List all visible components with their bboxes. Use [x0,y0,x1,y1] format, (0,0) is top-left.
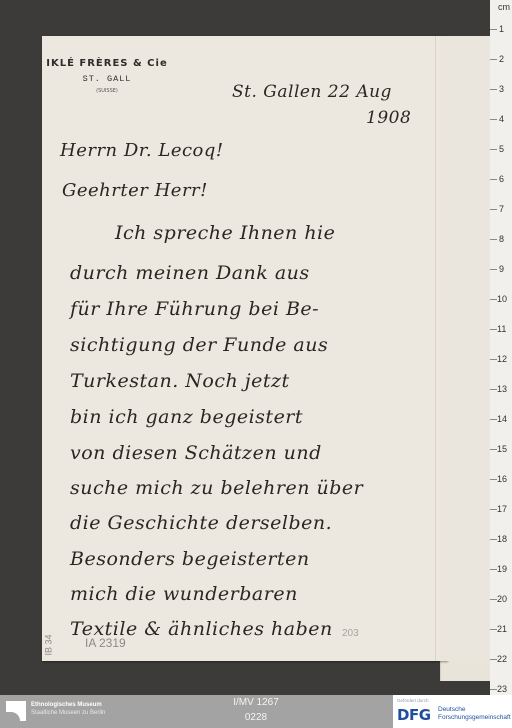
ruler-mark: 10 [497,294,507,304]
ruler-mark: 3 [499,84,504,94]
pencil-page-number: 203 [342,628,359,639]
cm-ruler: cm 1 2 3 4 5 6 7 8 9 10 11 12 13 14 15 1… [490,0,512,695]
place-date: St. Gallen 22 Aug [232,82,392,102]
dfg-name-line1: Deutsche [438,706,465,713]
ruler-mark: 6 [499,174,504,184]
ruler-unit: cm [498,2,510,12]
body-line-1: Ich spreche Ihnen hie [115,222,335,244]
ruler-mark: 21 [497,624,507,634]
body-line-4: sichtigung der Funde aus [70,334,328,356]
ruler-mark: 5 [499,144,504,154]
paper-fold [435,36,436,661]
letterhead-country: (SUISSE) [42,88,172,94]
ruler-mark: 4 [499,114,504,124]
ruler-mark: 2 [499,54,504,64]
letterhead: IKLÉ FRÈRES & Cie ST. GALL (SUISSE) [42,58,172,94]
ruler-mark: 18 [497,534,507,544]
dfg-logo-icon: DFG [397,706,431,724]
ruler-mark: 17 [497,504,507,514]
body-line-11: mich die wunderbaren [70,583,298,605]
body-line-9: die Geschichte derselben. [70,512,332,534]
salutation-recipient: Herrn Dr. Lecoq! [60,140,224,161]
body-line-7: von diesen Schätzen und [70,442,322,464]
dfg-name-line2: Forschungsgemeinschaft [438,714,511,721]
ruler-mark: 13 [497,384,507,394]
letterhead-city: ST. GALL [42,74,172,84]
ruler-mark: 16 [497,474,507,484]
letterhead-company: IKLÉ FRÈRES & Cie [42,58,172,69]
ruler-mark: 1 [499,24,504,34]
ruler-mark: 19 [497,564,507,574]
funding-label: Gefördert durch [397,698,429,703]
pencil-side-note: IB 34 [44,634,54,655]
ruler-mark: 22 [497,654,507,664]
body-line-3: für Ihre Führung bei Be- [70,298,319,320]
body-line-2: durch meinen Dank aus [70,262,310,284]
ruler-mark: 20 [497,594,507,604]
letter-page-right-edge [440,36,490,661]
body-line-5: Turkestan. Noch jetzt [70,370,290,392]
ruler-mark: 7 [499,204,504,214]
body-line-8: suche mich zu belehren über [70,477,363,499]
body-line-6: bin ich ganz begeistert [70,406,303,428]
body-line-10: Besonders begeisterten [70,548,310,570]
pencil-inventory-number: IA 2319 [85,636,126,650]
ruler-mark: 12 [497,354,507,364]
year: 1908 [366,108,411,128]
ruler-mark: 23 [497,684,507,694]
ruler-mark: 11 [497,324,506,334]
footer-bar: Ethnologisches Museum Staatliche Museen … [0,695,512,728]
ruler-mark: 9 [499,264,504,274]
ruler-mark: 14 [497,414,507,424]
ruler-mark: 8 [499,234,504,244]
salutation-greeting: Geehrter Herr! [62,180,208,201]
ruler-mark: 15 [497,444,507,454]
dfg-panel: Gefördert durch DFG Deutsche Forschungsg… [393,695,512,728]
